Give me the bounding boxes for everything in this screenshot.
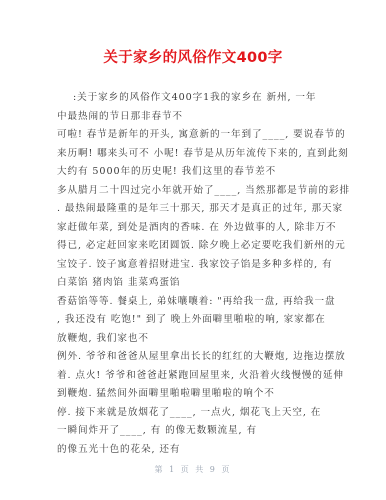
text-line: 例外. 爷爷和爸爸从屋里拿出长长的红红的大鞭炮, 边拖边摆放 bbox=[57, 348, 347, 367]
text-line: 宝饺子. 饺子寓意着招财进宝. 我家饺子馅是多种多样的, 有 bbox=[57, 256, 347, 275]
text-line: 中最热闹的节日那非春节不 bbox=[57, 108, 347, 127]
text-line: , 我还没有 吃饱!" 到了 晚上外面噼里啪啦的响, 家家都在 bbox=[57, 311, 347, 330]
text-line: 一瞬间炸开了____, 有 的像无数颗流星, 有 bbox=[57, 422, 347, 441]
text-line: 家赶做年菜, 到处是酒肉的香味. 在 外边做事的人, 除非万不 bbox=[57, 219, 347, 238]
document-page: 关于家乡的风俗作文400字 :关于家乡的风俗作文400字1我的家乡在 新州, 一… bbox=[0, 0, 386, 500]
document-title: 关于家乡的风俗作文400字 bbox=[0, 46, 386, 67]
text-line: 多从腊月二十四过完小年就开始了____, 当然那都是节前的彩排 bbox=[57, 182, 347, 201]
text-line: 停. 接下来就是放烟花了____, 一点火, 烟花飞上天空, 在 bbox=[57, 404, 347, 423]
text-line: . 最热闹最隆重的是年三十那天, 那天才是真正的过年, 那天家 bbox=[57, 200, 347, 219]
text-line: 大约有 5000年的历史呢! 我们这里的春节差不 bbox=[57, 163, 347, 182]
text-line: 到鞭炮. 猛然间外面噼里啪啦噼里啪啦的响个不 bbox=[57, 385, 347, 404]
text-line: 白菜馅 猪肉馅 韭菜鸡蛋馅 bbox=[57, 274, 347, 293]
text-line: 着. 点火! 爷爷和爸爸赶紧跑回屋里来, 火沿着火线慢慢的延伸 bbox=[57, 367, 347, 386]
page-number-footer: 第 1 页 共 9 页 bbox=[0, 464, 386, 475]
document-body: :关于家乡的风俗作文400字1我的家乡在 新州, 一年 中最热闹的节日那非春节不… bbox=[57, 89, 347, 459]
text-line: 放鞭炮, 我们家也不 bbox=[57, 330, 347, 349]
text-line: :关于家乡的风俗作文400字1我的家乡在 新州, 一年 bbox=[57, 89, 347, 108]
text-line: 可啦! 春节是新年的开头, 寓意新的一年到了____, 要说春节的 bbox=[57, 126, 347, 145]
text-line: 得已, 必定赶回家来吃团圆饭. 除夕晚上必定要吃我们新州的元 bbox=[57, 237, 347, 256]
text-line: 香菇馅等等. 餐桌上, 弟妹嚷嚷着: "再给我一盘, 再给我一盘 bbox=[57, 293, 347, 312]
text-line: 的像五光十色的花朵, 还有 bbox=[57, 441, 347, 460]
text-line: 来历啊! 哪来头可不 小呢! 春节是从历年流传下来的, 直到此刻 bbox=[57, 145, 347, 164]
